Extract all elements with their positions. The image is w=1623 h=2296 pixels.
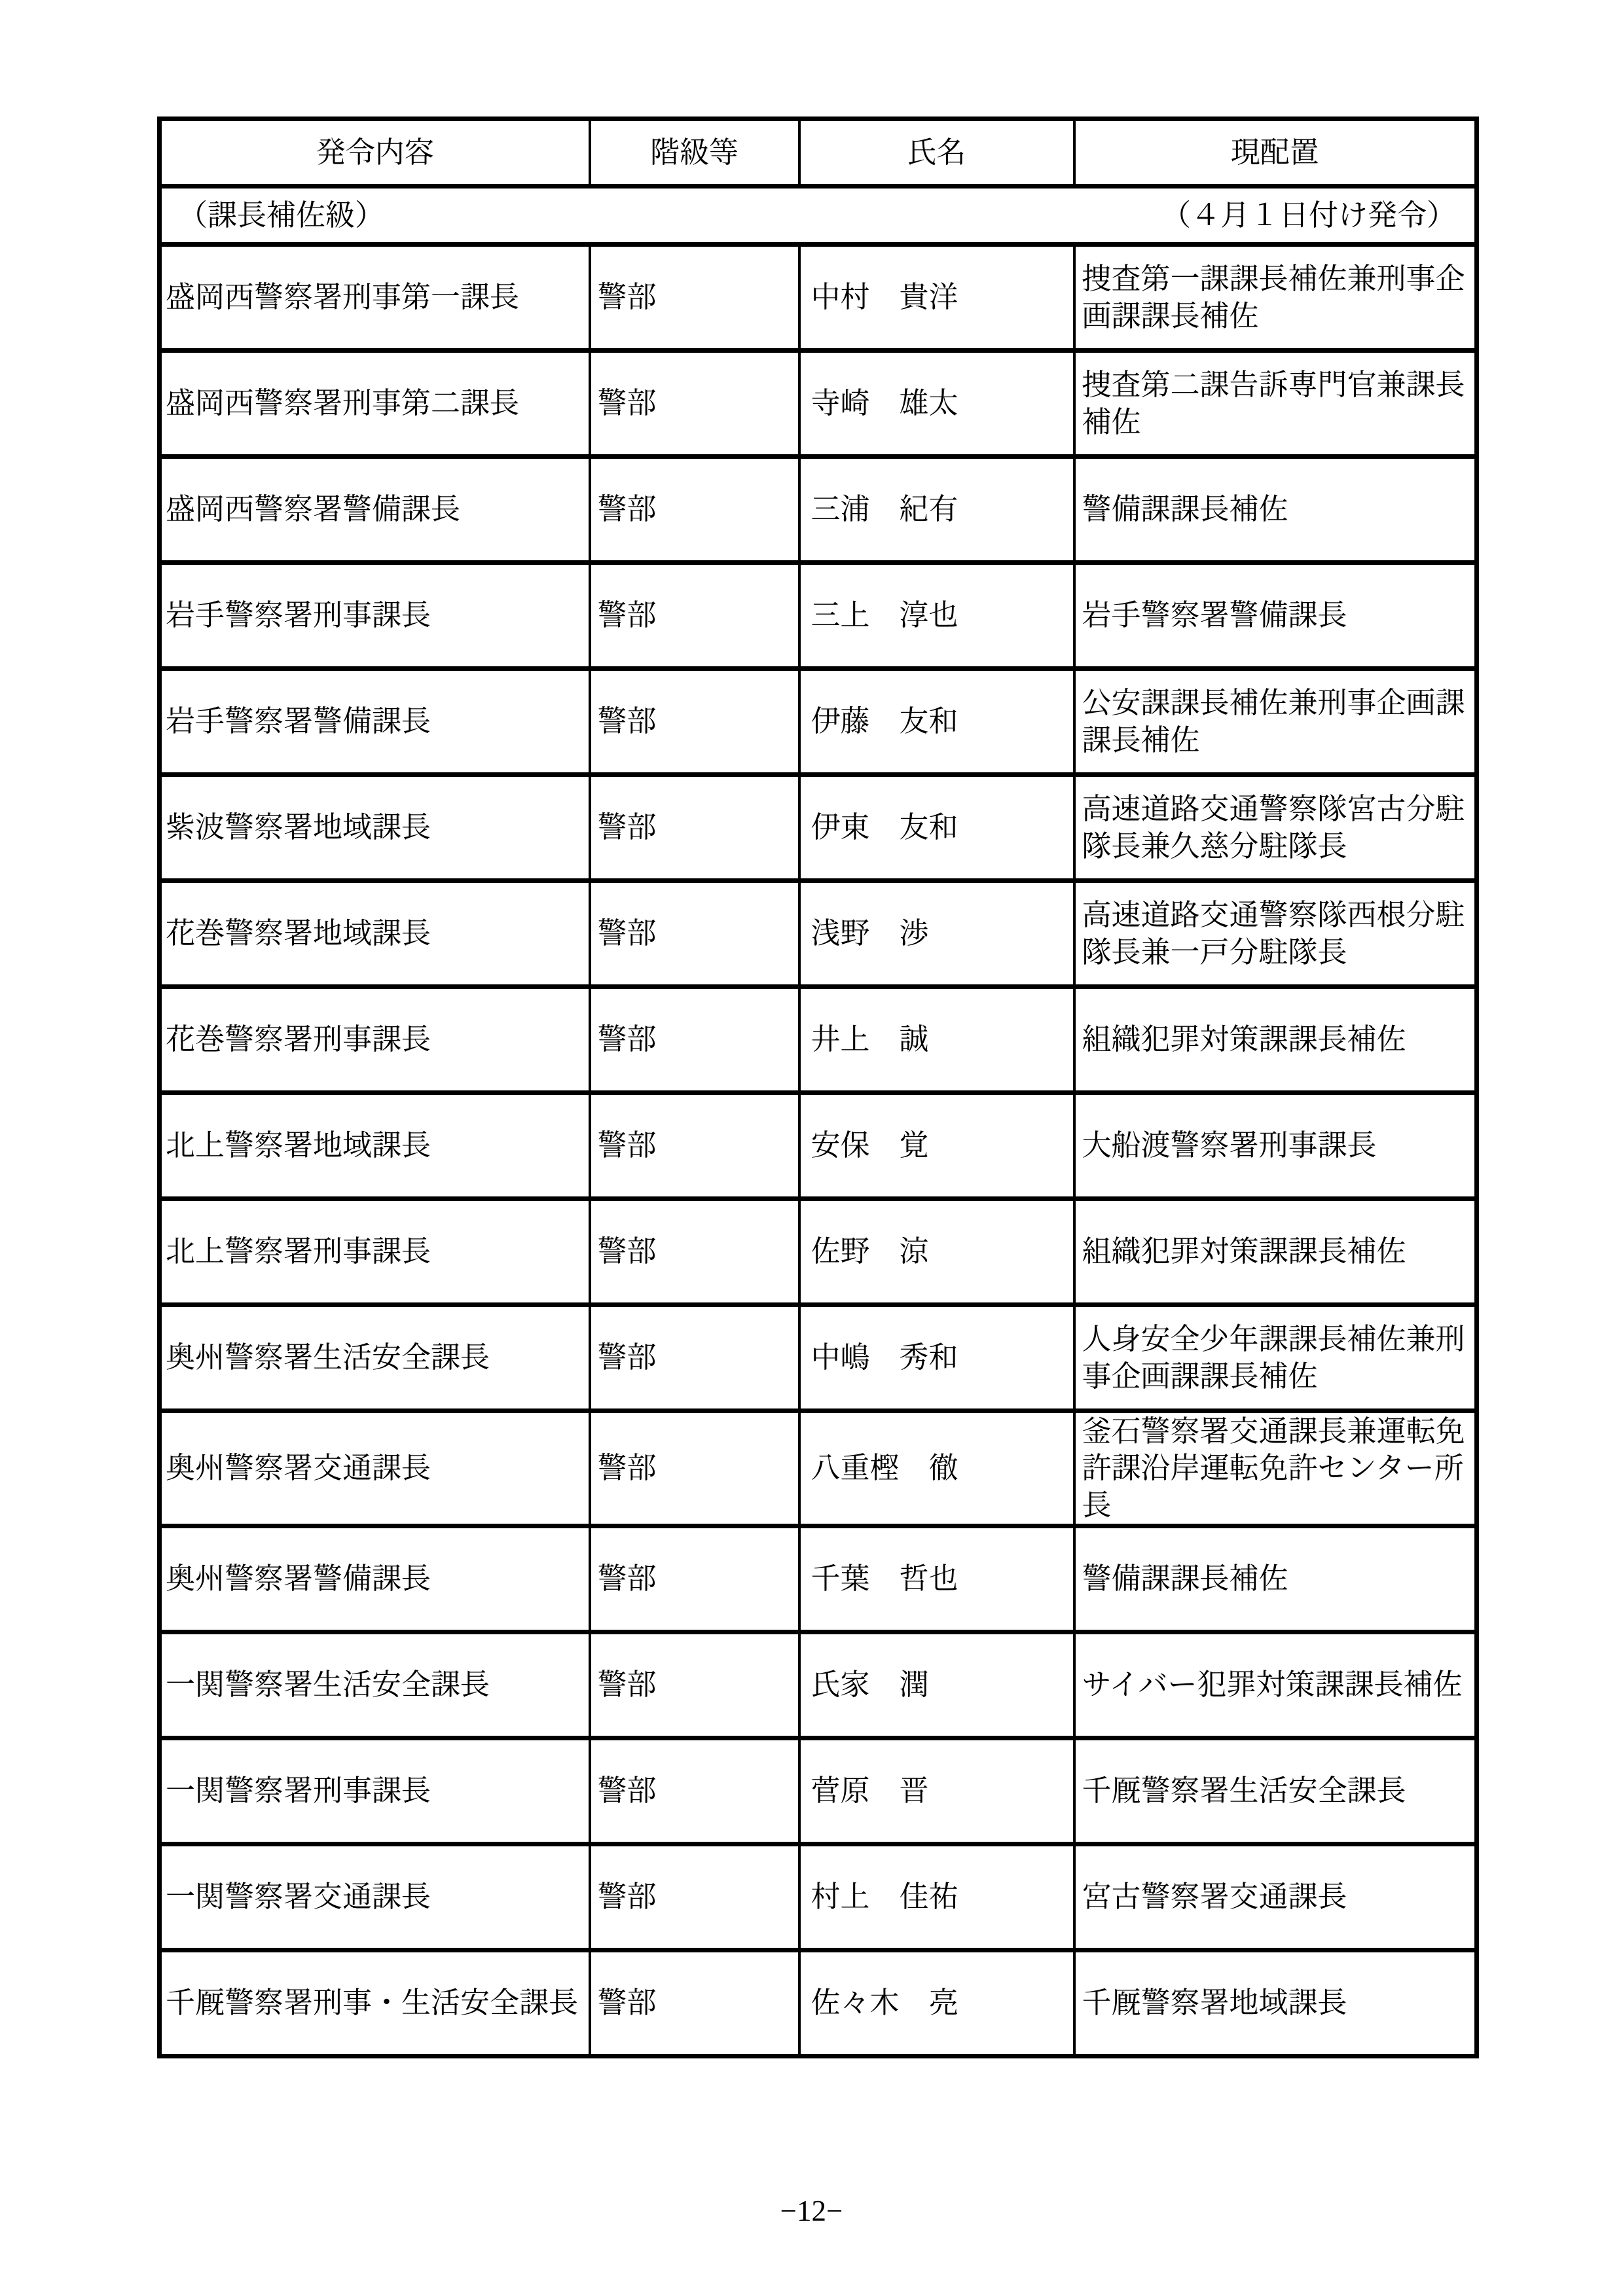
cell-current: 警備課課長補佐	[1074, 457, 1477, 563]
cell-order: 一関警察署生活安全課長	[160, 1632, 590, 1738]
cell-current: 高速道路交通警察隊西根分駐隊長兼一戸分駐隊長	[1074, 881, 1477, 987]
table-body: 盛岡西警察署刑事第一課長 警部 中村 貴洋 捜査第一課課長補佐兼刑事企画課課長補…	[160, 245, 1477, 2056]
page-number: −12−	[780, 2195, 843, 2227]
table-row: 奥州警察署交通課長 警部 八重樫 徹 釜石警察署交通課長兼運転免許課沿岸運転免許…	[160, 1411, 1477, 1526]
cell-current: 釜石警察署交通課長兼運転免許課沿岸運転免許センター所長	[1074, 1411, 1477, 1526]
cell-order: 北上警察署刑事課長	[160, 1199, 590, 1305]
cell-name: 氏家 潤	[799, 1632, 1074, 1738]
cell-name: 三浦 紀有	[799, 457, 1074, 563]
cell-order: 岩手警察署警備課長	[160, 669, 590, 775]
cell-current: 組織犯罪対策課課長補佐	[1074, 1199, 1477, 1305]
cell-current: 宮古警察署交通課長	[1074, 1844, 1477, 1950]
cell-current: サイバー犯罪対策課課長補佐	[1074, 1632, 1477, 1738]
cell-rank: 警部	[590, 245, 799, 351]
cell-current: 組織犯罪対策課課長補佐	[1074, 987, 1477, 1093]
cell-order: 盛岡西警察署刑事第一課長	[160, 245, 590, 351]
cell-current: 千厩警察署地域課長	[1074, 1950, 1477, 2056]
cell-current: 大船渡警察署刑事課長	[1074, 1093, 1477, 1199]
cell-order: 花巻警察署刑事課長	[160, 987, 590, 1093]
cell-current: 公安課課長補佐兼刑事企画課課長補佐	[1074, 669, 1477, 775]
cell-rank: 警部	[590, 1844, 799, 1950]
announcement-table: 発令内容 階級等 氏名 現配置 （課長補佐級） （４月１日付け発令） 盛岡西警察…	[157, 117, 1479, 2058]
column-header-order: 発令内容	[160, 119, 590, 187]
cell-name: 村上 佳祐	[799, 1844, 1074, 1950]
subheader-right-label: （４月１日付け発令）	[1161, 197, 1456, 234]
cell-current: 捜査第二課告訴専門官兼課長補佐	[1074, 351, 1477, 457]
cell-name: 三上 淳也	[799, 563, 1074, 669]
table-row: 花巻警察署地域課長 警部 浅野 渉 高速道路交通警察隊西根分駐隊長兼一戸分駐隊長	[160, 881, 1477, 987]
header-row: 発令内容 階級等 氏名 現配置	[160, 119, 1477, 187]
cell-name: 中嶋 秀和	[799, 1305, 1074, 1411]
cell-current: 岩手警察署警備課長	[1074, 563, 1477, 669]
cell-order: 一関警察署刑事課長	[160, 1738, 590, 1844]
table-row: 一関警察署生活安全課長 警部 氏家 潤 サイバー犯罪対策課課長補佐	[160, 1632, 1477, 1738]
cell-order: 奥州警察署生活安全課長	[160, 1305, 590, 1411]
cell-name: 浅野 渉	[799, 881, 1074, 987]
table-row: 盛岡西警察署刑事第一課長 警部 中村 貴洋 捜査第一課課長補佐兼刑事企画課課長補…	[160, 245, 1477, 351]
table-row: 一関警察署刑事課長 警部 菅原 晋 千厩警察署生活安全課長	[160, 1738, 1477, 1844]
cell-rank: 警部	[590, 1950, 799, 2056]
cell-name: 中村 貴洋	[799, 245, 1074, 351]
column-header-current: 現配置	[1074, 119, 1477, 187]
cell-rank: 警部	[590, 1093, 799, 1199]
cell-rank: 警部	[590, 1305, 799, 1411]
cell-name: 佐々木 亮	[799, 1950, 1074, 2056]
cell-order: 盛岡西警察署刑事第二課長	[160, 351, 590, 457]
table-row: 盛岡西警察署警備課長 警部 三浦 紀有 警備課課長補佐	[160, 457, 1477, 563]
table-row: 岩手警察署刑事課長 警部 三上 淳也 岩手警察署警備課長	[160, 563, 1477, 669]
cell-current: 高速道路交通警察隊宮古分駐隊長兼久慈分駐隊長	[1074, 775, 1477, 881]
cell-name: 千葉 哲也	[799, 1526, 1074, 1632]
column-header-rank: 階級等	[590, 119, 799, 187]
table-row: 奥州警察署生活安全課長 警部 中嶋 秀和 人身安全少年課課長補佐兼刑事企画課課長…	[160, 1305, 1477, 1411]
cell-rank: 警部	[590, 669, 799, 775]
cell-rank: 警部	[590, 351, 799, 457]
table-row: 千厩警察署刑事・生活安全課長 警部 佐々木 亮 千厩警察署地域課長	[160, 1950, 1477, 2056]
subheader-cell: （課長補佐級） （４月１日付け発令）	[160, 187, 1477, 245]
page-footer: −12−	[0, 2194, 1623, 2228]
cell-order: 一関警察署交通課長	[160, 1844, 590, 1950]
table-row: 盛岡西警察署刑事第二課長 警部 寺崎 雄太 捜査第二課告訴専門官兼課長補佐	[160, 351, 1477, 457]
cell-rank: 警部	[590, 1411, 799, 1526]
cell-order: 北上警察署地域課長	[160, 1093, 590, 1199]
cell-rank: 警部	[590, 563, 799, 669]
cell-name: 菅原 晋	[799, 1738, 1074, 1844]
cell-order: 奥州警察署交通課長	[160, 1411, 590, 1526]
cell-rank: 警部	[590, 987, 799, 1093]
subheader-left-label: （課長補佐級）	[178, 197, 384, 234]
cell-rank: 警部	[590, 1526, 799, 1632]
cell-order: 奥州警察署警備課長	[160, 1526, 590, 1632]
cell-rank: 警部	[590, 1632, 799, 1738]
announcement-table-wrap: 発令内容 階級等 氏名 現配置 （課長補佐級） （４月１日付け発令） 盛岡西警察…	[157, 117, 1474, 2058]
cell-rank: 警部	[590, 881, 799, 987]
table-row: 花巻警察署刑事課長 警部 井上 誠 組織犯罪対策課課長補佐	[160, 987, 1477, 1093]
cell-rank: 警部	[590, 1738, 799, 1844]
cell-current: 警備課課長補佐	[1074, 1526, 1477, 1632]
cell-current: 捜査第一課課長補佐兼刑事企画課課長補佐	[1074, 245, 1477, 351]
cell-rank: 警部	[590, 775, 799, 881]
cell-name: 寺崎 雄太	[799, 351, 1074, 457]
table-row: 奥州警察署警備課長 警部 千葉 哲也 警備課課長補佐	[160, 1526, 1477, 1632]
table-row: 紫波警察署地域課長 警部 伊東 友和 高速道路交通警察隊宮古分駐隊長兼久慈分駐隊…	[160, 775, 1477, 881]
table-row: 北上警察署刑事課長 警部 佐野 涼 組織犯罪対策課課長補佐	[160, 1199, 1477, 1305]
cell-rank: 警部	[590, 1199, 799, 1305]
cell-order: 千厩警察署刑事・生活安全課長	[160, 1950, 590, 2056]
cell-order: 盛岡西警察署警備課長	[160, 457, 590, 563]
cell-name: 安保 覚	[799, 1093, 1074, 1199]
cell-order: 花巻警察署地域課長	[160, 881, 590, 987]
subheader-row: （課長補佐級） （４月１日付け発令）	[160, 187, 1477, 245]
cell-order: 岩手警察署刑事課長	[160, 563, 590, 669]
cell-rank: 警部	[590, 457, 799, 563]
table-row: 北上警察署地域課長 警部 安保 覚 大船渡警察署刑事課長	[160, 1093, 1477, 1199]
table-row: 岩手警察署警備課長 警部 伊藤 友和 公安課課長補佐兼刑事企画課課長補佐	[160, 669, 1477, 775]
table-row: 一関警察署交通課長 警部 村上 佳祐 宮古警察署交通課長	[160, 1844, 1477, 1950]
cell-name: 伊東 友和	[799, 775, 1074, 881]
cell-name: 八重樫 徹	[799, 1411, 1074, 1526]
cell-current: 人身安全少年課課長補佐兼刑事企画課課長補佐	[1074, 1305, 1477, 1411]
cell-name: 井上 誠	[799, 987, 1074, 1093]
cell-name: 伊藤 友和	[799, 669, 1074, 775]
cell-current: 千厩警察署生活安全課長	[1074, 1738, 1477, 1844]
cell-name: 佐野 涼	[799, 1199, 1074, 1305]
cell-order: 紫波警察署地域課長	[160, 775, 590, 881]
column-header-name: 氏名	[799, 119, 1074, 187]
